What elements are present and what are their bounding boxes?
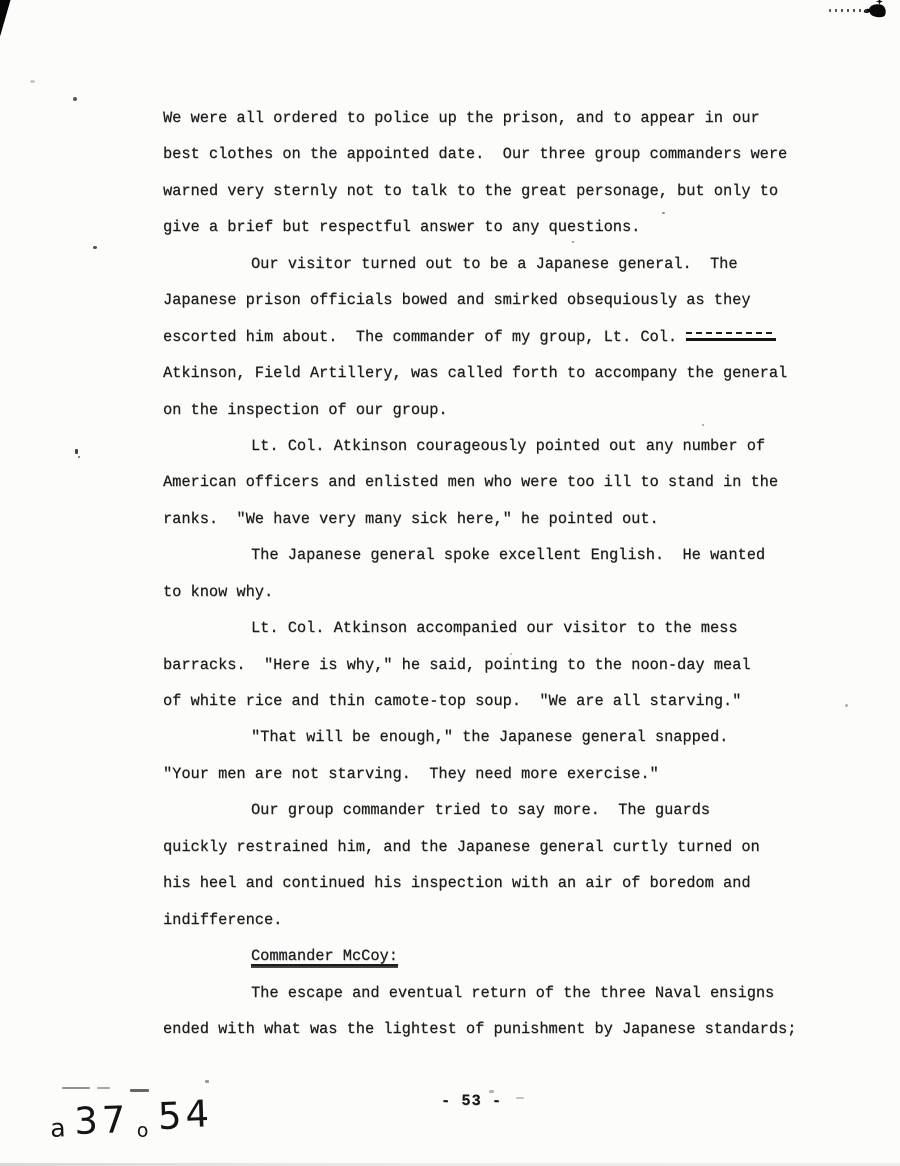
typed-line: to know why. xyxy=(163,574,823,610)
typed-line: ranks. "We have very many sick here," he… xyxy=(163,501,823,537)
scan-speckle xyxy=(78,456,80,458)
scan-speckle xyxy=(845,704,848,707)
handwritten-note: a37o54 xyxy=(49,1095,214,1144)
typed-line: indifference. xyxy=(163,902,823,938)
scan-speckle xyxy=(73,97,77,101)
typed-line: Atkinson, Field Artillery, was called fo… xyxy=(163,355,823,391)
typed-line: his heel and continued his inspection wi… xyxy=(163,865,823,901)
typed-line: Our visitor turned out to be a Japanese … xyxy=(163,246,823,282)
typed-line: warned very sternly not to talk to the g… xyxy=(163,173,823,209)
typed-line: "That will be enough," the Japanese gene… xyxy=(163,719,823,755)
corner-pen-mark xyxy=(0,0,12,39)
typed-line: Lt. Col. Atkinson courageously pointed o… xyxy=(163,428,823,464)
scanned-document-page: We were all ordered to police up the pri… xyxy=(0,0,900,1166)
typed-line: The Japanese general spoke excellent Eng… xyxy=(163,537,823,573)
typed-text-block: We were all ordered to police up the pri… xyxy=(163,100,823,1047)
typed-line: American officers and enlisted men who w… xyxy=(163,464,823,500)
typed-line: barracks. "Here is why," he said, pointi… xyxy=(163,647,823,683)
typed-line: escorted him about. The commander of my … xyxy=(163,319,823,355)
typed-line: "Your men are not starving. They need mo… xyxy=(163,756,823,792)
pencil-mark xyxy=(205,1080,209,1083)
scan-speckle xyxy=(93,246,97,249)
pencil-mark xyxy=(130,1089,149,1092)
typed-line: quickly restrained him, and the Japanese… xyxy=(163,829,823,865)
ink-dot-trail xyxy=(829,9,871,12)
typed-line: Lt. Col. Atkinson accompanied our visito… xyxy=(163,610,823,646)
page-number: - 53 - xyxy=(441,1092,502,1110)
blank-underline-rule xyxy=(686,329,776,341)
typed-line: ended with what was the lightest of puni… xyxy=(163,1011,823,1047)
scan-speckle xyxy=(30,80,35,83)
typed-line: Our group commander tried to say more. T… xyxy=(163,792,823,828)
typed-line: The escape and eventual return of the th… xyxy=(163,975,823,1011)
typed-line: We were all ordered to police up the pri… xyxy=(163,100,823,136)
typed-line: Japanese prison officials bowed and smir… xyxy=(163,282,823,318)
pencil-mark xyxy=(489,1090,494,1093)
scan-speckle xyxy=(75,449,78,454)
typed-line: give a brief but respectful answer to an… xyxy=(163,209,823,245)
typed-line: of white rice and thin camote-top soup. … xyxy=(163,683,823,719)
typed-line: best clothes on the appointed date. Our … xyxy=(163,136,823,172)
typed-line: on the inspection of our group. xyxy=(163,392,823,428)
pencil-mark xyxy=(62,1087,90,1089)
pencil-mark xyxy=(97,1087,110,1089)
pencil-mark xyxy=(516,1097,524,1099)
typed-line: Commander McCoy: xyxy=(163,938,823,974)
